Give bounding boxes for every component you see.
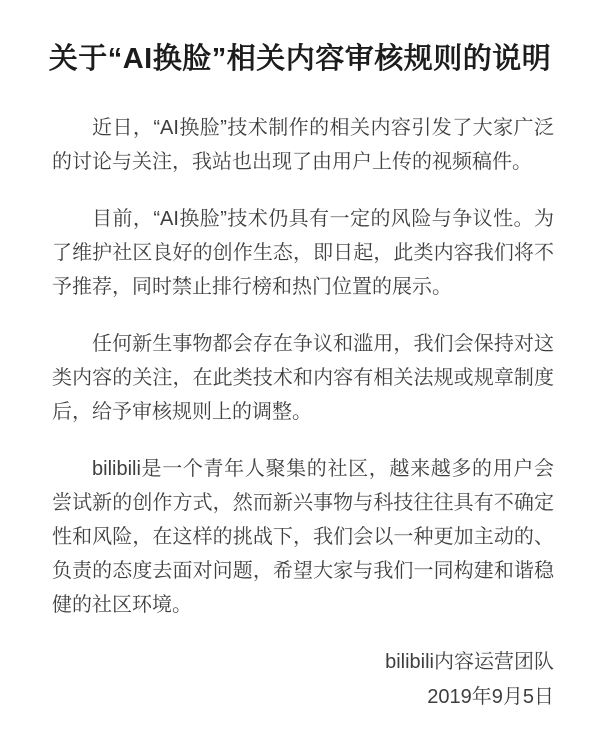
page-title: 关于“AI换脸”相关内容审核规则的说明 <box>0 42 600 77</box>
signature-team: bilibili内容运营团队 <box>52 645 554 680</box>
announcement-body: 近日，“AI换脸”技术制作的相关内容引发了大家广泛的讨论与关注，我站也出现了由用… <box>0 111 600 715</box>
body-paragraph-2: 目前，“AI换脸”技术仍具有一定的风险与争议性。为了维护社区良好的创作生态，即日… <box>52 202 554 304</box>
signature-block: bilibili内容运营团队 2019年9月5日 <box>52 645 554 715</box>
body-paragraph-3: 任何新生事物都会存在争议和滥用，我们会保持对这类内容的关注，在此类技术和内容有相… <box>52 327 554 429</box>
body-paragraph-4: bilibili是一个青年人聚集的社区，越来越多的用户会尝试新的创作方式，然而新… <box>52 452 554 622</box>
announcement-page: 关于“AI换脸”相关内容审核规则的说明 近日，“AI换脸”技术制作的相关内容引发… <box>0 0 600 755</box>
body-paragraph-1: 近日，“AI换脸”技术制作的相关内容引发了大家广泛的讨论与关注，我站也出现了由用… <box>52 111 554 179</box>
signature-date: 2019年9月5日 <box>52 680 554 715</box>
